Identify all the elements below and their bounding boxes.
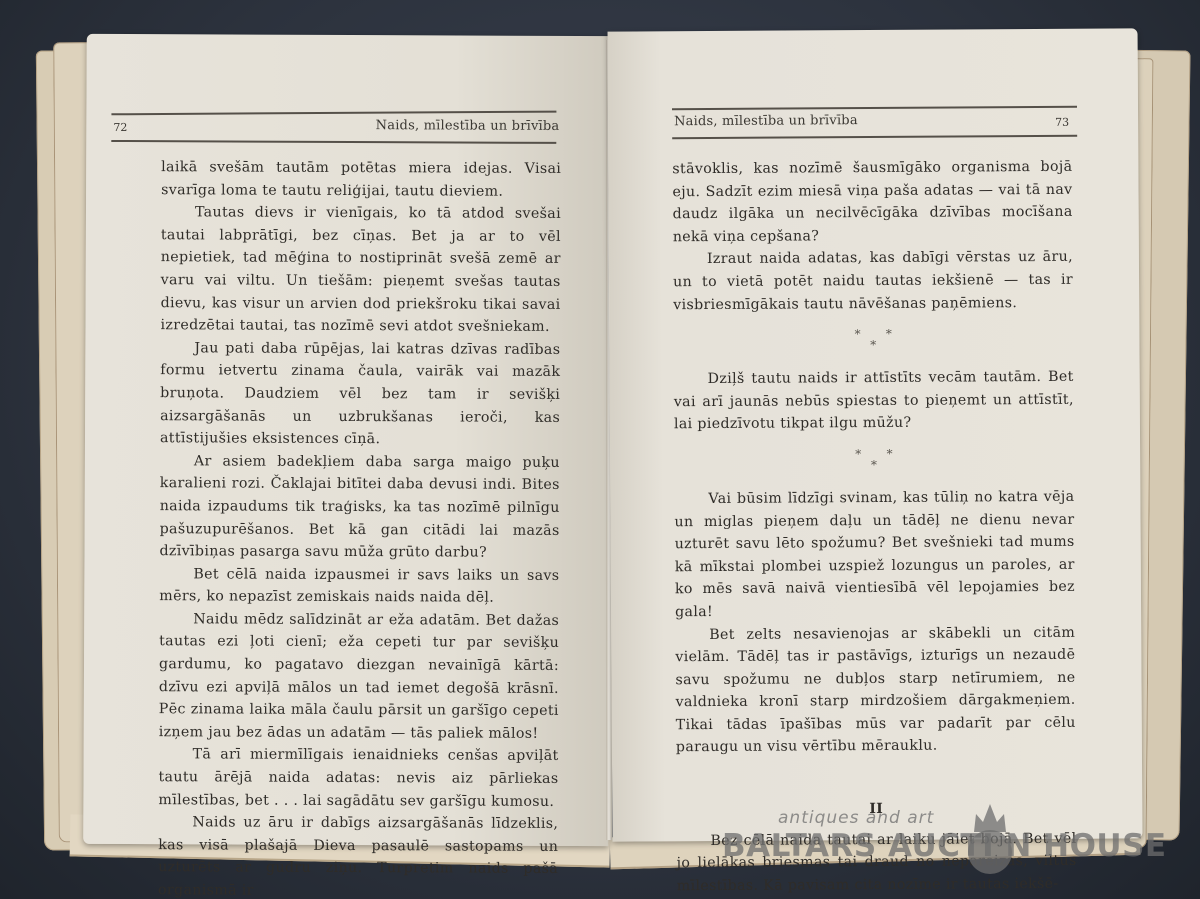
left-page-body: laikā svešām tautām potētas miera idejas…: [158, 156, 561, 899]
page-number: 73: [1055, 116, 1069, 129]
header-rule-bottom: [672, 135, 1077, 139]
paragraph: Bet cēlā naida izpausmei ir savs laiks u…: [159, 563, 559, 610]
paragraph: laikā svešām tautām potētas miera idejas…: [161, 156, 561, 203]
paragraph: Tā arī miermīlīgais ienaidnieks cenšas a…: [158, 744, 558, 814]
left-page: 72 Naids, mīlestība un brīvība laikā sve…: [83, 34, 612, 846]
paragraph: Tautas dievs ir vienīgais, ko tā atdod s…: [160, 201, 561, 338]
right-page-body: stāvoklis, kas nozīmē šausmīgāko organis…: [672, 156, 1077, 898]
page-number: 72: [113, 121, 127, 134]
running-head-title: Naids, mīlestība un brīvība: [376, 118, 560, 134]
section-break-asterisks: * **: [674, 448, 1074, 472]
paragraph: Izraut naida adatas, kas dabīgi vērstas …: [673, 246, 1073, 316]
paragraph: Jau pati daba rūpējas, lai katras dzīvas…: [160, 337, 560, 452]
paragraph: Ar asiem badekļiem daba sarga maigo puķu…: [159, 450, 559, 565]
header-rule-top: [672, 106, 1077, 110]
watermark-tagline: antiques and art: [778, 808, 934, 828]
header-rule-top: [111, 111, 556, 115]
paragraph: Vai būsim līdzīgi svinam, kas tūliņ no k…: [674, 486, 1075, 624]
running-head-right: Naids, mīlestība un brīvība 73: [608, 106, 1138, 135]
section-break-asterisks: * **: [673, 328, 1073, 352]
watermark-brand: BALTARS AUCTI N HOUSE: [722, 828, 1167, 864]
paragraph: Naidu mēdz salīdzināt ar eža adatām. Bet…: [159, 608, 560, 745]
right-page: Naids, mīlestība un brīvība 73 stāvoklis…: [608, 28, 1143, 841]
paragraph: Bet zelts nesavienojas ar skābekli un ci…: [675, 621, 1076, 759]
paragraph: Dziļš tautu naids ir attīstīts vecām tau…: [674, 366, 1074, 436]
header-rule-bottom: [111, 140, 556, 143]
paragraph: stāvoklis, kas nozīmē šausmīgāko organis…: [672, 156, 1073, 249]
running-head-title: Naids, mīlestība un brīvība: [674, 113, 858, 129]
paragraph: Naids uz āru ir dabīgs aizsargāšanās līd…: [158, 811, 558, 899]
running-head-left: 72 Naids, mīlestība un brīvība: [86, 112, 611, 140]
